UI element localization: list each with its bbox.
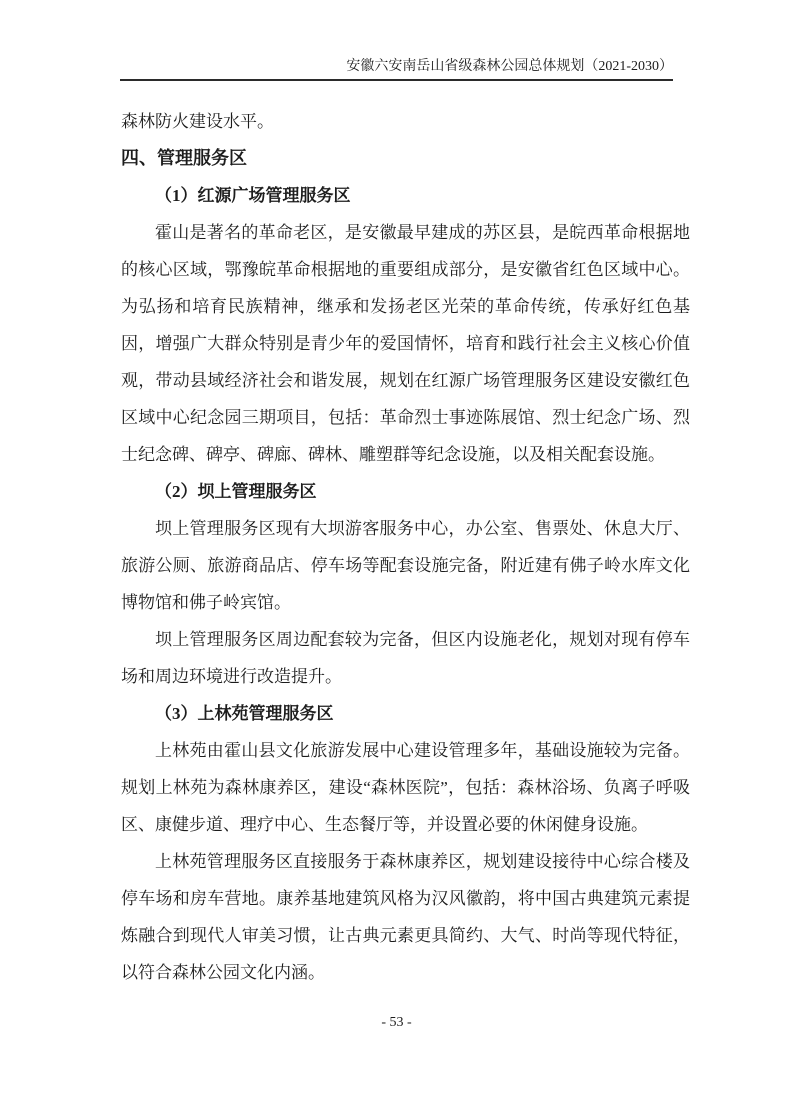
- paragraph: 上林苑由霍山县文化旅游发展中心建设管理多年，基础设施较为完备。规划上林苑为森林康…: [121, 732, 690, 843]
- subsection-heading-1: （1）红源广场管理服务区: [121, 177, 690, 214]
- page-header: 安徽六安南岳山省级森林公园总体规划（2021-2030）: [120, 57, 673, 81]
- paragraph: 上林苑管理服务区直接服务于森林康养区，规划建设接待中心综合楼及停车场和房车营地。…: [121, 843, 690, 991]
- running-head: 安徽六安南岳山省级森林公园总体规划（2021-2030）: [346, 59, 673, 74]
- document-body: 森林防火建设水平。 四、管理服务区 （1）红源广场管理服务区 霍山是著名的革命老…: [121, 103, 690, 991]
- paragraph: 坝上管理服务区现有大坝游客服务中心，办公室、售票处、休息大厅、旅游公厕、旅游商品…: [121, 510, 690, 621]
- subsection-heading-3: （3）上林苑管理服务区: [121, 695, 690, 732]
- page-number: - 53 -: [381, 1015, 411, 1030]
- section-heading: 四、管理服务区: [121, 140, 690, 177]
- paragraph: 坝上管理服务区周边配套较为完备，但区内设施老化，规划对现有停车场和周边环境进行改…: [121, 621, 690, 695]
- page-footer: - 53 -: [120, 1013, 673, 1033]
- subsection-heading-2: （2）坝上管理服务区: [121, 473, 690, 510]
- paragraph-continued: 森林防火建设水平。: [121, 103, 690, 140]
- document-page: 安徽六安南岳山省级森林公园总体规划（2021-2030） 森林防火建设水平。 四…: [0, 0, 790, 1118]
- paragraph: 霍山是著名的革命老区，是安徽最早建成的苏区县，是皖西革命根据地的核心区域，鄂豫皖…: [121, 214, 690, 473]
